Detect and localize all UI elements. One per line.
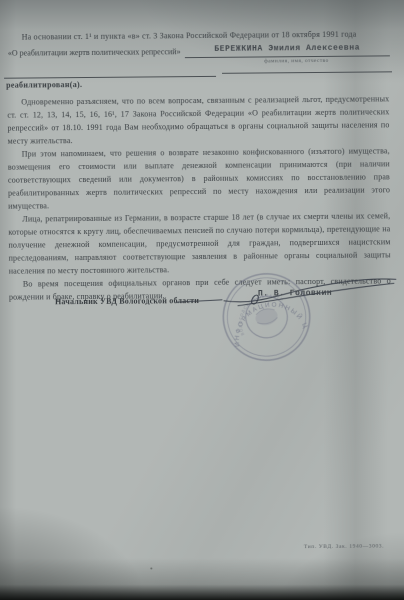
signer-position-label: Начальник УВД Вологодской области	[55, 296, 199, 306]
paragraph: Лица, репатриированные из Германии, в во…	[8, 209, 391, 277]
paragraph: При этом напоминаем, что решения о возвр…	[8, 144, 391, 212]
signer-name: П. В. Головкин	[258, 289, 332, 299]
paragraph: Одновременно разъясняем, что по всем воп…	[7, 92, 389, 147]
intro-line-1: На основании ст. 1¹ и пункта «в» ст. 3 З…	[8, 28, 390, 43]
form-rule-right	[222, 71, 392, 73]
paper-speck	[150, 567, 152, 569]
photographed-document: На основании ст. 1¹ и пункта «в» ст. 3 З…	[0, 0, 404, 600]
person-name-field: БЕРЕЖКИНА Эмилия Алексеевна	[184, 42, 389, 58]
name-field-caption: фамилия, имя, отчество	[203, 57, 390, 65]
signature-row: Начальник УВД Вологодской области П. В. …	[0, 288, 404, 312]
document-content: На основании ст. 1¹ и пункта «в» ст. 3 З…	[0, 0, 404, 600]
law-title: «О реабилитации жертв политических репре…	[8, 46, 181, 60]
print-shop-note: Тип. УВД. Зак. 1940—3003.	[304, 543, 384, 550]
rehabilitated-label: реабилитирован(а).	[6, 77, 390, 89]
